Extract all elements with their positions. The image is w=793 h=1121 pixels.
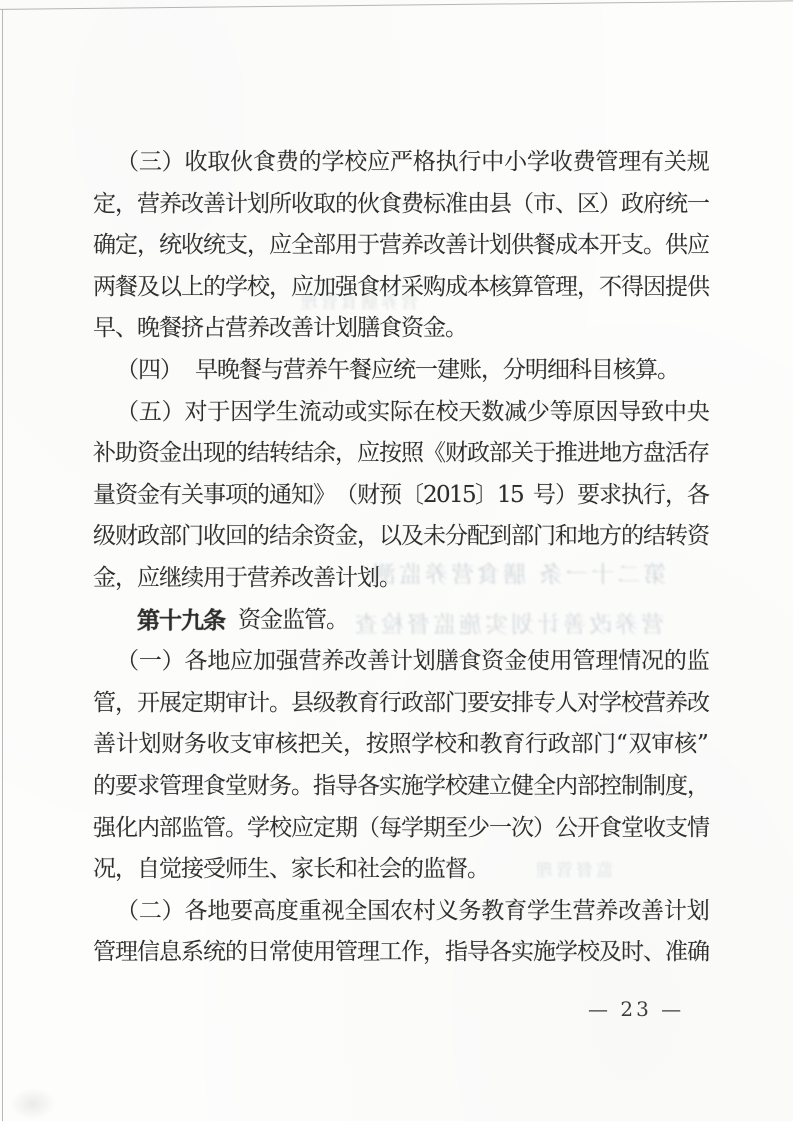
text-line: 管理信息系统的日常使用管理工作，指导各实施学校及时、准确 <box>93 938 709 966</box>
text-line: （三）收取伙食费的学校应严格执行中小学收费管理有关规 <box>116 148 709 176</box>
text-line: 确定，统收统支，应全部用于营养改善计划供餐成本开支。供应 <box>93 231 709 259</box>
page-number: — 23 — <box>588 997 684 1021</box>
text-line: （四） 早晚餐与营养午餐应统一建账，分明细科目核算。 <box>116 356 679 384</box>
text-line: （五）对于因学生流动或实际在校天数减少等原因导致中央 <box>116 398 709 426</box>
text-line: （二）各地要高度重视全国农村义务教育学生营养改善计划 <box>116 897 709 925</box>
text-line: （一）各地应加强营养改善计划膳食资金使用管理情况的监 <box>116 647 709 675</box>
text-line: 补助资金出现的结转结余，应按照《财政部关于推进地方盘活存 <box>93 439 709 467</box>
text-line: 的要求管理食堂财务。指导各实施学校建立健全内部控制制度， <box>93 772 709 800</box>
text-line: 级财政部门收回的结余资金，以及未分配到部门和地方的结转资 <box>93 522 709 550</box>
document-text-block: （三）收取伙食费的学校应严格执行中小学收费管理有关规定，营养改善计划所收取的伙食… <box>0 0 793 1121</box>
text-line: 况，自觉接受师生、家长和社会的监督。 <box>93 855 489 883</box>
text-line: 强化内部监管。学校应定期（每学期至少一次）公开食堂收支情 <box>93 814 709 842</box>
text-line: 早、晚餐挤占营养改善计划膳食资金。 <box>93 314 467 342</box>
text-line: 金，应继续用于营养改善计划。 <box>93 564 401 592</box>
text-line: 两餐及以上的学校，应加强食材采购成本核算管理，不得因提供 <box>93 273 709 301</box>
text-line: 管，开展定期审计。县级教育行政部门要安排专人对学校营养改 <box>93 689 709 717</box>
text-line: 量资金有关事项的通知》（财预〔2015〕15 号）要求执行，各 <box>93 481 709 509</box>
heading-line: 第十九条 资金监管。 <box>137 606 348 634</box>
text-line: 定，营养改善计划所收取的伙食费标准由县（市、区）政府统一 <box>93 190 709 218</box>
text-line: 善计划财务收支审核把关，按照学校和教育行政部门“双审核” <box>93 730 709 758</box>
